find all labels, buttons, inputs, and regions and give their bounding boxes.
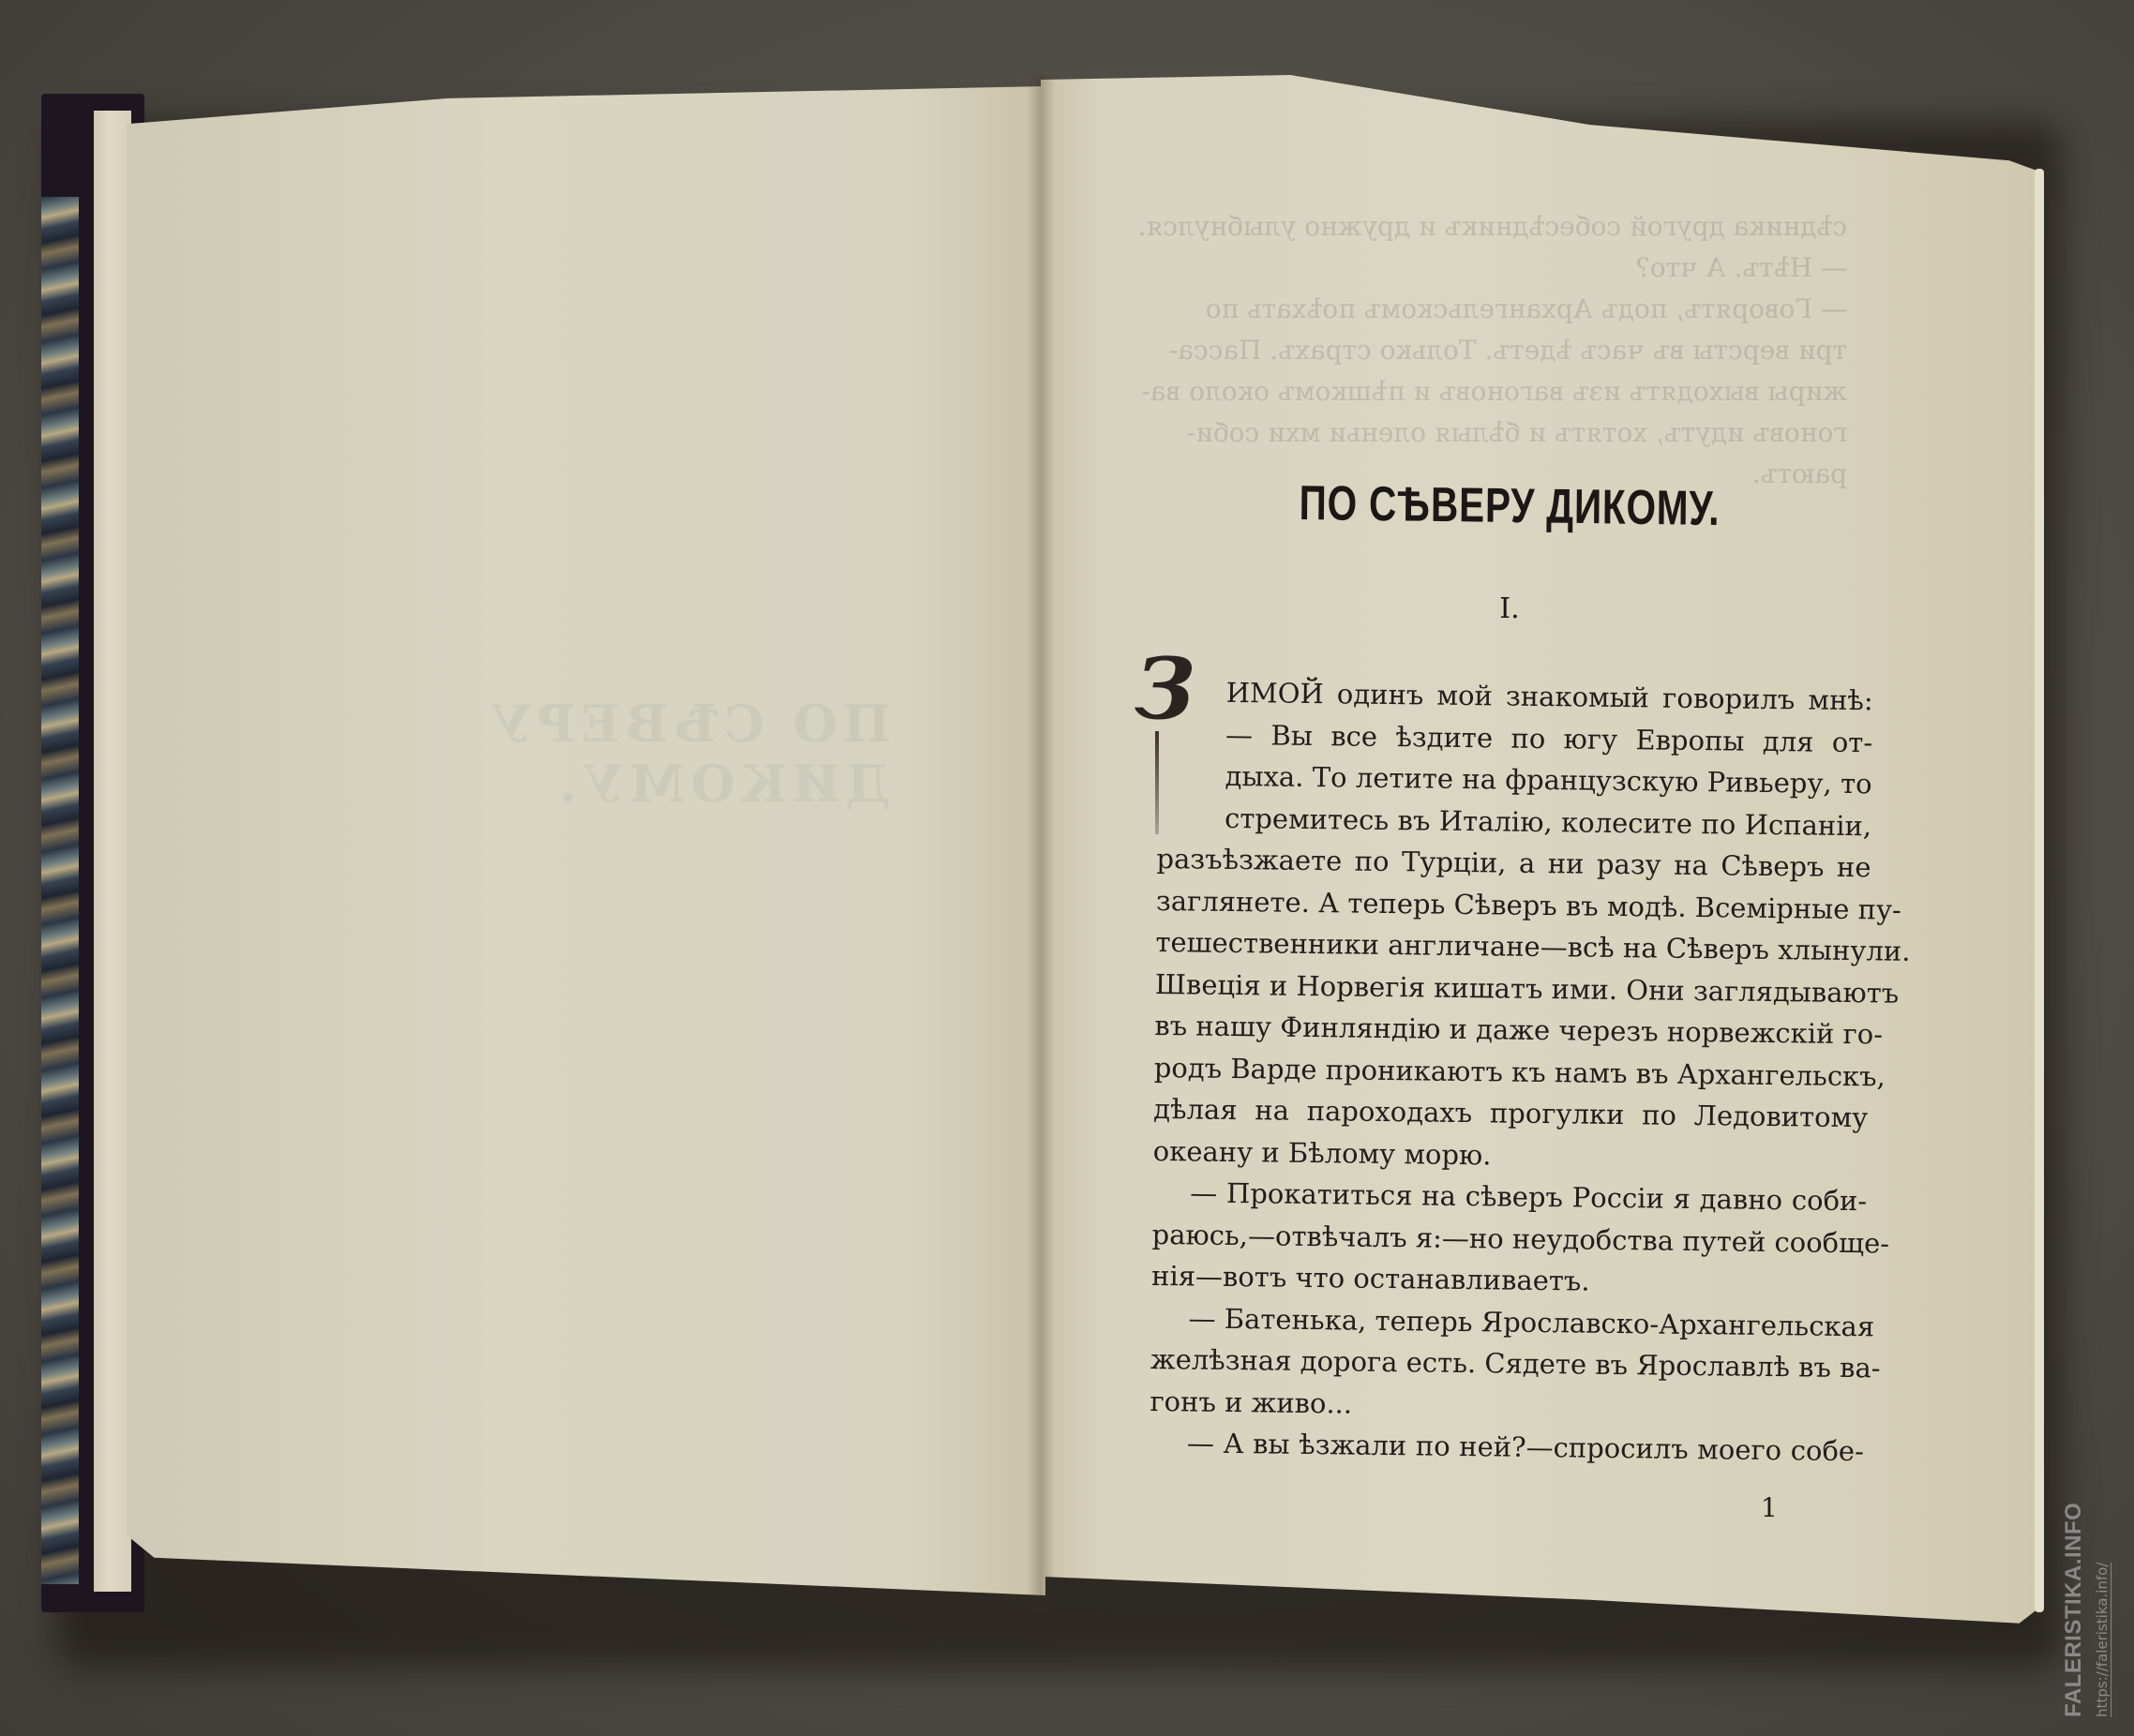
bleed-line: — Нѣтъ. А что? [1116,247,1847,289]
bleed-line: три версты въ часъ ѣдетъ. Только страхъ.… [1116,330,1847,371]
page-stack-edge [94,111,131,1592]
right-page-edge [2035,169,2044,1612]
chapter-number: I. [1153,592,1866,625]
left-page-bleed-through: ПО СѢВЕРУ ДИКОМУ. [309,694,891,814]
right-page-bleed-through: сѣдника другой собесѣдникъ и дружно улыб… [1116,206,1847,495]
bleed-line: жиры выходятъ изъ вагоновъ и пѣшкомъ око… [1116,371,1847,412]
page-number: 1 [1761,1492,1778,1523]
marbled-spine [41,197,79,1584]
text-line: — А вы ѣзжали по ней?—спросилъ моего соб… [1150,1422,1864,1473]
book-gutter [1027,75,1055,1612]
bleed-line: гоновъ идутъ, хотятъ и бѣлыя оленьи мхи … [1116,412,1847,454]
watermark-url: https://faleristika.info/ [2094,1563,2111,1717]
page-title: ПО СѢВЕРУ ДИКОМУ. [1231,474,1787,538]
watermark: FALERISTIKA.INFO https://faleristika.inf… [2059,1545,2115,1717]
bleed-line: сѣдника другой собесѣдникъ и дружно улыб… [1116,206,1847,247]
left-page [127,86,1045,1595]
body-text: ИМОЙ одинъ мой знакомый говорилъ мнѣ: — … [1150,671,1873,1473]
bleed-line: — Говорятъ, подъ Архангельскомъ поѣхать … [1116,289,1847,330]
watermark-brand: FALERISTIKA.INFO [2061,1503,2087,1717]
